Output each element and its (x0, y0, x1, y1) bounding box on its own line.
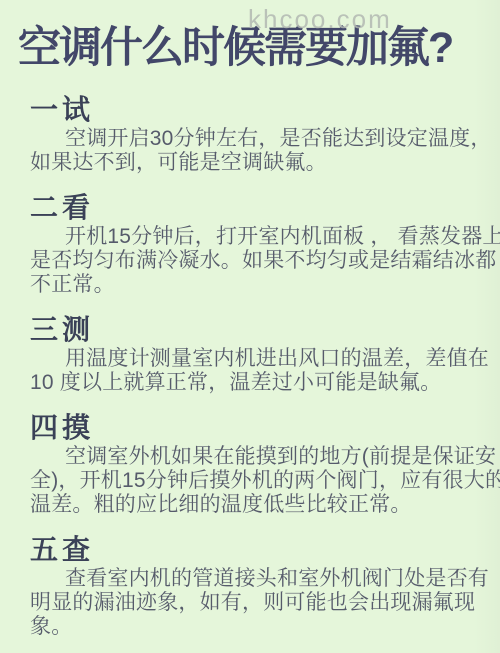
section-check: 五查 查看室内机的管道接头和室外机阀门处是否有 明显的漏油迹象，如有，则可能也会… (30, 535, 492, 639)
section-body: 用温度计测量室内机进出风口的温差，差值在 10 度以上就算正常，温差过小可能是缺… (30, 347, 492, 395)
section-heading: 四摸 (30, 413, 492, 443)
section-heading: 五查 (30, 535, 492, 565)
section-body: 空调室外机如果在能摸到的地方(前提是保证安 全)，开机15分钟后摸外机的两个阀门… (30, 445, 492, 517)
section-body: 开机15分钟后，打开室内机面板 ， 看蒸发器上 是否均匀布满冷凝水。如果不均匀或… (30, 225, 492, 297)
infographic-card: khcoo.com 空调什么时候需要加氟? 一试 空调开启30分钟左右，是否能达… (0, 0, 500, 653)
section-heading: 二看 (30, 193, 492, 223)
watermark: khcoo.com (248, 4, 392, 35)
section-try: 一试 空调开启30分钟左右，是否能达到设定温度， 如果达不到，可能是空调缺氟。 (30, 95, 492, 175)
section-body: 查看室内机的管道接头和室外机阀门处是否有 明显的漏油迹象，如有，则可能也会出现漏… (30, 567, 492, 639)
content-area: 一试 空调开启30分钟左右，是否能达到设定温度， 如果达不到，可能是空调缺氟。 … (0, 74, 500, 639)
section-measure: 三测 用温度计测量室内机进出风口的温差，差值在 10 度以上就算正常，温差过小可… (30, 315, 492, 395)
section-look: 二看 开机15分钟后，打开室内机面板 ， 看蒸发器上 是否均匀布满冷凝水。如果不… (30, 193, 492, 297)
section-heading: 三测 (30, 315, 492, 345)
section-body: 空调开启30分钟左右，是否能达到设定温度， 如果达不到，可能是空调缺氟。 (30, 127, 492, 175)
section-touch: 四摸 空调室外机如果在能摸到的地方(前提是保证安 全)，开机15分钟后摸外机的两… (30, 413, 492, 517)
section-heading: 一试 (30, 95, 492, 125)
